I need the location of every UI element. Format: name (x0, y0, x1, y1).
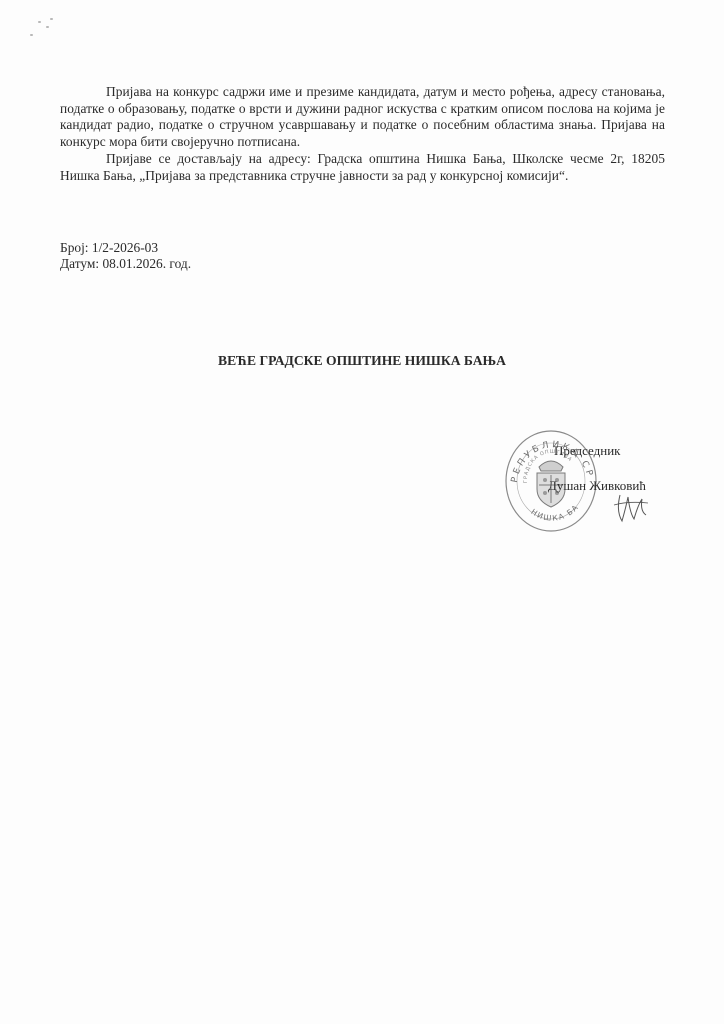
issuer-name: ВЕЋЕ ГРАДСКЕ ОПШТИНЕ НИШКА БАЊА (218, 353, 506, 368)
document-page: Пријава на конкурс садржи име и презиме … (0, 0, 724, 1024)
handwritten-signature-icon (568, 493, 658, 523)
document-date: Датум: 08.01.2026. год. (60, 256, 191, 273)
application-contents-paragraph: Пријава на конкурс садржи име и презиме … (60, 84, 665, 150)
signatory-title: Председник (554, 443, 620, 459)
reference-number: Број: 1/2-2026-03 (60, 240, 158, 257)
issuer-heading: ВЕЋЕ ГРАДСКЕ ОПШТИНЕ НИШКА БАЊА (0, 353, 724, 369)
signatory-name: Душан Живковић (548, 478, 646, 494)
scan-artifacts (30, 12, 60, 42)
submission-address-paragraph: Пријаве се достављају на адресу: Градска… (60, 151, 665, 184)
